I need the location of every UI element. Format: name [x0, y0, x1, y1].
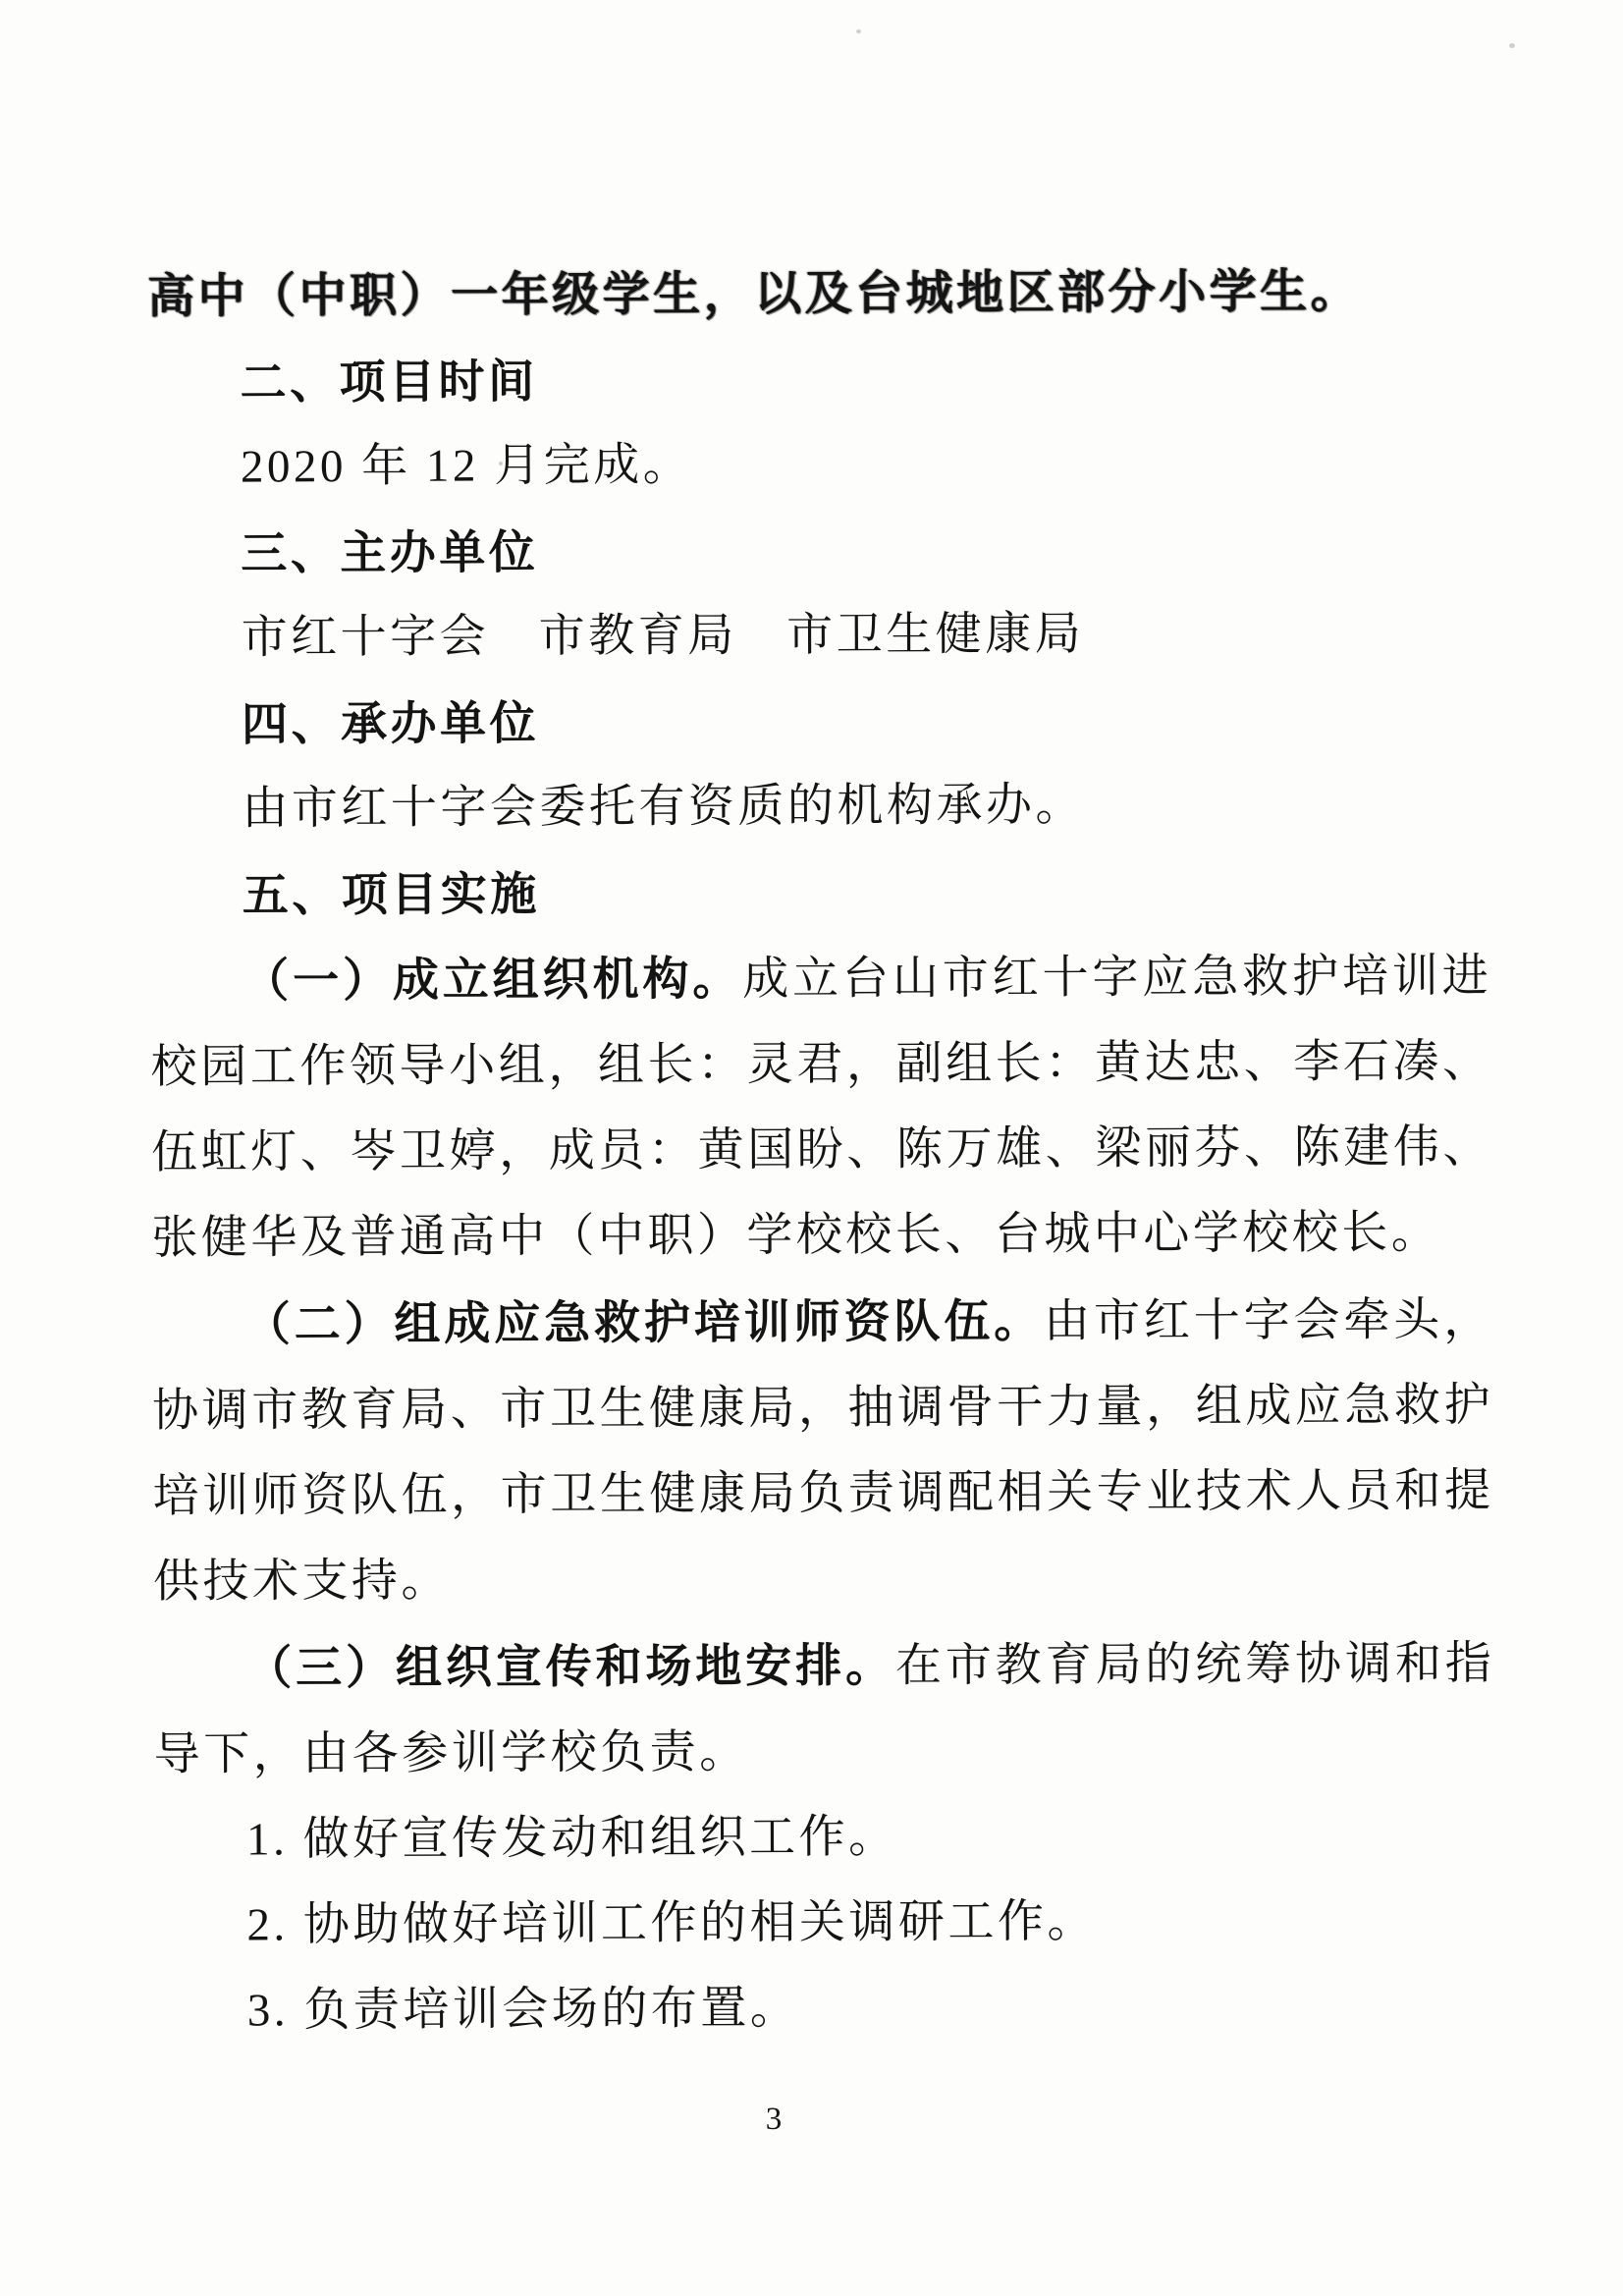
paragraph-host-units: 市红十字会 市教育局 市卫生健康局 — [149, 590, 1490, 682]
heading-section-5-segment-0: 五、项目实施 — [243, 867, 540, 920]
heading-section-5: 五、项目实施 — [150, 847, 1491, 938]
heading-section-2: 二、项目时间 — [147, 334, 1488, 425]
paragraph-impl-3-publicity-venue-segment-0: （三）组织宣传和场地安排。 — [245, 1639, 895, 1694]
list-item-1-segment-0: 1. 做好宣传发动和组织工作。 — [246, 1812, 898, 1866]
paragraph-impl-1-organization: （一）成立组织机构。成立台山市红十字应急救护培训进校园工作领导小组，组长：灵君，… — [150, 932, 1493, 1282]
heading-section-3-segment-0: 三、主办单位 — [241, 525, 538, 578]
paragraph-impl-2-trainer-team: （二）组成应急救护培训师资队伍。由市红十字会牵头，协调市教育局、市卫生健康局，抽… — [152, 1276, 1495, 1625]
paragraph-impl-1-organization-segment-0: （一）成立组织机构。 — [243, 952, 742, 1006]
paragraph-host-units-segment-0: 市红十字会 市教育局 市卫生健康局 — [242, 609, 1085, 664]
page-number: 3 — [744, 2102, 803, 2138]
list-item-1: 1. 做好宣传发动和组织工作。 — [154, 1792, 1495, 1884]
paragraph-undertaking-unit-segment-0: 由市红十字会委托有资质的机构承办。 — [242, 780, 1085, 835]
document-body: 高中（中职）一年级学生，以及台城地区部分小学生。二、项目时间2020 年 12 … — [147, 248, 1496, 2054]
scanned-document-page: { "page": { "number": "3", "background_c… — [0, 0, 1623, 2296]
paragraph-continuation-audience-segment-0: 高中（中职）一年级学生，以及台城地区部分小学生。 — [147, 266, 1361, 323]
list-item-3: 3. 负责培训会场的布置。 — [155, 1963, 1496, 2054]
scan-speck — [499, 462, 503, 465]
heading-section-3: 三、主办单位 — [148, 505, 1489, 596]
scan-speck — [1509, 43, 1515, 48]
heading-section-4: 四、承办单位 — [149, 676, 1490, 767]
heading-section-4-segment-0: 四、承办单位 — [242, 696, 539, 749]
scan-speck — [856, 29, 861, 33]
list-item-2-segment-0: 2. 协助做好培训工作的相关调研工作。 — [246, 1896, 1097, 1951]
paragraph-project-time: 2020 年 12 月完成。 — [148, 419, 1489, 511]
paragraph-undertaking-unit: 由市红十字会委托有资质的机构承办。 — [149, 761, 1490, 852]
heading-section-2-segment-0: 二、项目时间 — [240, 355, 537, 408]
list-item-3-segment-0: 3. 负责培训会场的布置。 — [247, 1983, 800, 2036]
list-item-2: 2. 协助做好培训工作的相关调研工作。 — [154, 1878, 1495, 1969]
paragraph-impl-2-trainer-team-segment-0: （二）组成应急救护培训师资队伍。 — [244, 1294, 1045, 1350]
paragraph-project-time-segment-0: 2020 年 12 月完成。 — [241, 440, 692, 493]
paragraph-impl-3-publicity-venue: （三）组织宣传和场地安排。在市教育局的统筹协调和指导下，由各参训学校负责。 — [153, 1619, 1495, 1798]
paragraph-continuation-audience: 高中（中职）一年级学生，以及台城地区部分小学生。 — [147, 248, 1488, 340]
